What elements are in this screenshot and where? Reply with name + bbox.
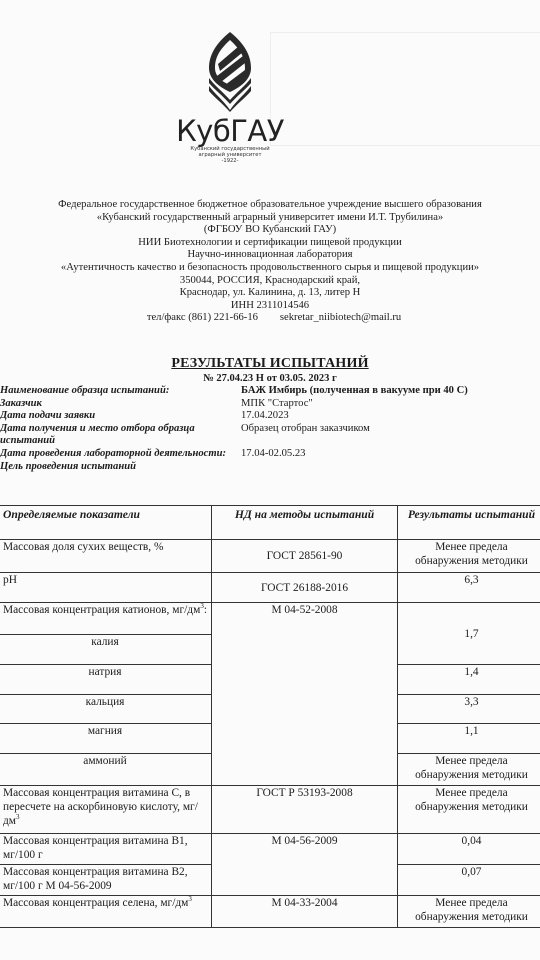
- cell-result: Менее предела обнаружения методики: [398, 786, 540, 834]
- cell-result: 3,3: [398, 695, 540, 724]
- sample-info: Наименование образца испытаний: БАЖ Имби…: [0, 385, 540, 473]
- info-label: Дата получения и место отбора образца ис…: [0, 423, 241, 448]
- info-value: Образец отобран заказчиком: [241, 423, 540, 448]
- cell-indicator: Массовая концентрация селена, мг/дм3: [0, 896, 212, 928]
- info-value: [241, 461, 540, 474]
- info-row-purpose: Цель проведения испытаний: [0, 461, 540, 474]
- info-label: Наименование образца испытаний:: [0, 385, 241, 398]
- cell-indicator: Массовая концентрация витамина В2, мг/10…: [0, 865, 212, 896]
- reverse-side-bleed-through: [270, 32, 540, 146]
- cell-indicator: натрия: [0, 665, 212, 695]
- org-contact: тел/факс (861) 221-66-16 sekretar_niibio…: [0, 312, 540, 325]
- header-method: НД на методы испытаний: [212, 506, 398, 540]
- report-title: РЕЗУЛЬТАТЫ ИСПЫТАНИЙ: [0, 356, 540, 372]
- superscript: 3: [188, 895, 192, 903]
- cell-indicator: Массовая концентрация витамина С, в пере…: [0, 786, 212, 834]
- org-line: (ФГБОУ ВО Кубанский ГАУ): [0, 224, 540, 237]
- info-label: Цель проведения испытаний: [0, 461, 241, 474]
- info-row-application-date: Дата подачи заявки 17.04.2023: [0, 410, 540, 423]
- logo-wordmark: КубГАУ: [168, 116, 292, 146]
- cell-result: 0,07: [398, 865, 540, 896]
- cell-indicator: аммоний: [0, 754, 212, 786]
- cell-indicator: калия: [0, 635, 212, 665]
- info-value: 17.04.2023: [241, 410, 540, 423]
- test-report-page: КубГАУ Кубанский государственный аграрны…: [0, 0, 540, 960]
- logo-founded-year: -1922-: [168, 158, 292, 164]
- info-label: Заказчик: [0, 398, 241, 411]
- cell-result: 0,04: [398, 834, 540, 865]
- info-row-sample-name: Наименование образца испытаний: БАЖ Имби…: [0, 385, 540, 398]
- cell-result: Менее предела обнаружения методики: [398, 540, 540, 573]
- cell-indicator: Массовая концентрация катионов, мг/дм3:: [0, 603, 212, 635]
- info-value: БАЖ Имбирь (полученная в вакууме при 40 …: [241, 385, 540, 398]
- cell-result: Менее предела обнаружения методики: [398, 754, 540, 786]
- table-row: Массовая концентрация катионов, мг/дм3: …: [0, 603, 540, 635]
- indicator-text: Массовая концентрация катионов, мг/дм: [3, 604, 200, 616]
- info-value: МПК "Стартос": [241, 398, 540, 411]
- table-row: Массовая доля сухих веществ, % ГОСТ 2856…: [0, 540, 540, 573]
- org-line: ИНН 2311014546: [0, 300, 540, 313]
- info-value: 17.04-02.05.23: [241, 448, 540, 461]
- info-label: Дата проведения лабораторной деятельност…: [0, 448, 241, 461]
- cell-result: Менее предела обнаружения методики: [398, 896, 540, 928]
- org-line: 350044, РОССИЯ, Краснодарский край,: [0, 275, 540, 288]
- report-title-block: РЕЗУЛЬТАТЫ ИСПЫТАНИЙ № 27.04.23 Н от 03.…: [0, 356, 540, 385]
- cell-method: М 04-33-2004: [212, 896, 398, 928]
- cell-method: ГОСТ 28561-90: [212, 540, 398, 573]
- table-row: pH ГОСТ 26188-2016 6,3: [0, 573, 540, 603]
- cell-method: М 04-56-2009: [212, 834, 398, 896]
- cell-method: М 04-52-2008: [212, 603, 398, 786]
- phone-fax: тел/факс (861) 221-66-16: [147, 312, 258, 325]
- table-header-row: Определяемые показатели НД на методы исп…: [0, 506, 540, 540]
- org-line: Краснодар, ул. Калинина, д. 13, литер Н: [0, 287, 540, 300]
- info-label: Дата подачи заявки: [0, 410, 241, 423]
- cell-result: 1,1: [398, 724, 540, 754]
- cell-indicator: кальция: [0, 695, 212, 724]
- cell-result: 1,7: [398, 603, 540, 665]
- cell-result: 1,4: [398, 665, 540, 695]
- info-row-receipt-date: Дата получения и место отбора образца ис…: [0, 423, 540, 448]
- table-row: Массовая концентрация витамина В1, мг/10…: [0, 834, 540, 865]
- header-indicator: Определяемые показатели: [0, 506, 212, 540]
- cell-result: 6,3: [398, 573, 540, 603]
- org-line: НИИ Биотехнологии и сертификации пищевой…: [0, 237, 540, 250]
- report-number: № 27.04.23 Н от 03.05. 2023 г: [0, 372, 540, 385]
- cell-method: ГОСТ 26188-2016: [212, 573, 398, 603]
- indicator-text: Массовая концентрация витамина С, в пере…: [3, 787, 198, 827]
- leaf-emblem-icon: [205, 30, 255, 112]
- colon: :: [204, 604, 207, 616]
- org-line: «Аутентичность качество и безопасность п…: [0, 262, 540, 275]
- results-table: Определяемые показатели НД на методы исп…: [0, 505, 540, 928]
- table-row: Массовая концентрация витамина С, в пере…: [0, 786, 540, 834]
- university-logo: КубГАУ Кубанский государственный аграрны…: [168, 30, 292, 164]
- superscript: 3: [16, 813, 20, 821]
- indicator-text: Массовая концентрация селена, мг/дм: [3, 897, 188, 909]
- cell-indicator: магния: [0, 724, 212, 754]
- cell-indicator: Массовая доля сухих веществ, %: [0, 540, 212, 573]
- email-link[interactable]: sekretar_niibiotech@mail.ru: [280, 312, 401, 325]
- org-line: «Кубанский государственный аграрный унив…: [0, 212, 540, 225]
- info-row-lab-dates: Дата проведения лабораторной деятельност…: [0, 448, 540, 461]
- cell-indicator: Массовая концентрация витамина В1, мг/10…: [0, 834, 212, 865]
- org-line: Федеральное государственное бюджетное об…: [0, 199, 540, 212]
- header-result: Результаты испытаний: [398, 506, 540, 540]
- info-row-customer: Заказчик МПК "Стартос": [0, 398, 540, 411]
- cell-indicator: pH: [0, 573, 212, 603]
- table-row: Массовая концентрация селена, мг/дм3 М 0…: [0, 896, 540, 928]
- logo-subtitle: Кубанский государственный аграрный униве…: [168, 146, 292, 164]
- organization-header: Федеральное государственное бюджетное об…: [0, 199, 540, 325]
- org-line: Научно-инновационная лаборатория: [0, 249, 540, 262]
- cell-method: ГОСТ Р 53193-2008: [212, 786, 398, 834]
